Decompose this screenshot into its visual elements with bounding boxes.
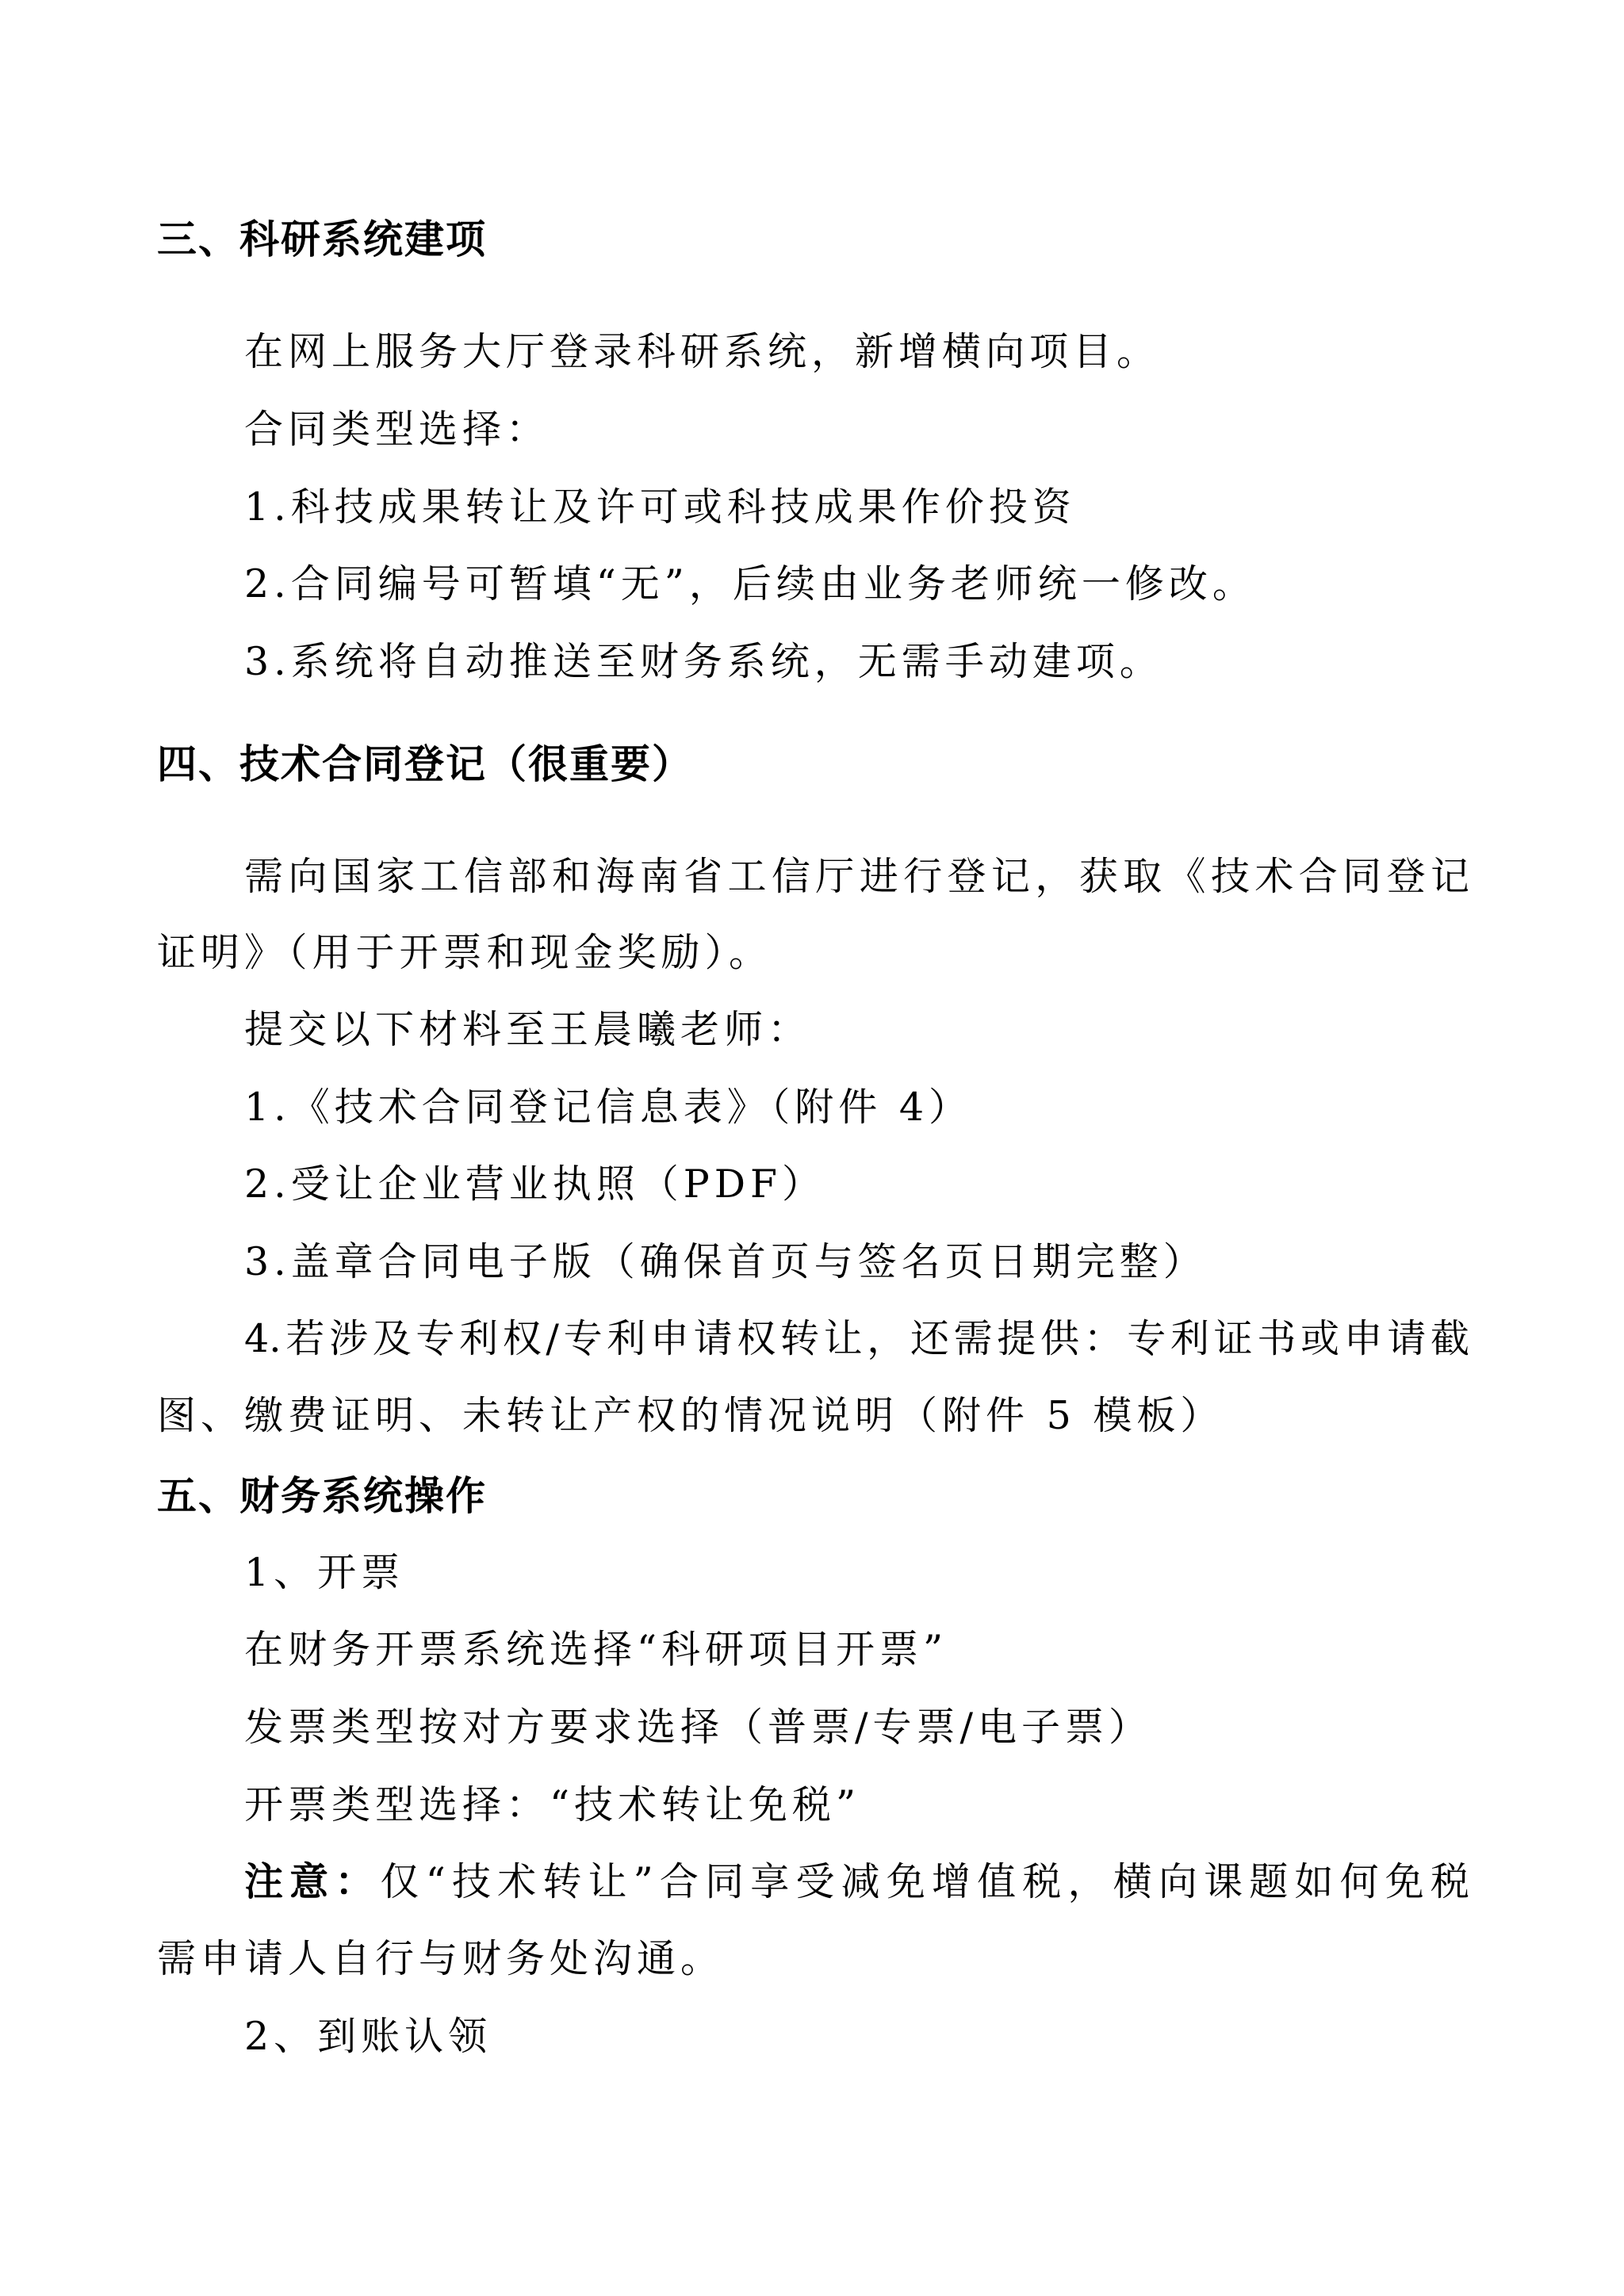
section-4-paragraph-line-1: 需向国家工信部和海南省工信厅进行登记，获取《技术合同登记 <box>244 853 1469 901</box>
section-3-item-1: 1.科技成果转让及许可或科技成果作价投资 <box>244 484 1076 531</box>
section-5-note-line-1: 注意：仅“技术转让”合同享受减免增值税，横向课题如何免税 <box>244 1858 1469 1906</box>
section-5-sub-1-line-2: 发票类型按对方要求选择（普票/专票/电子票） <box>244 1704 1152 1751</box>
note-text: 仅“技术转让”合同享受减免增值税，横向课题如何免税 <box>381 1859 1469 1904</box>
section-3-item-3: 3.系统将自动推送至财务系统，无需手动建项。 <box>244 638 1163 686</box>
note-label: 注意： <box>244 1859 381 1904</box>
document-page: 三、科研系统建项 在网上服务大厅登录科研系统，新增横向项目。 合同类型选择： 1… <box>0 0 1624 2296</box>
section-5-sub-1-line-3: 开票类型选择：“技术转让免税” <box>244 1781 860 1829</box>
section-5-sub-2-title: 2、到账认领 <box>244 2013 492 2061</box>
section-3-sub-label: 合同类型选择： <box>244 406 550 453</box>
section-4-item-2: 2.受让企业营业执照（PDF） <box>244 1161 825 1208</box>
section-4-item-1: 1.《技术合同登记信息表》（附件 4） <box>244 1084 972 1131</box>
section-5-heading: 五、财务系统操作 <box>157 1472 487 1520</box>
section-5-sub-1-title: 1、开票 <box>244 1549 404 1597</box>
section-3-intro: 在网上服务大厅登录科研系统，新增横向项目。 <box>244 328 1160 376</box>
section-4-paragraph-line-2: 证明》（用于开票和现金奖励）。 <box>157 929 772 977</box>
section-4-item-4-line-1: 4.若涉及专利权/专利申请权转让，还需提供：专利证书或申请截 <box>244 1315 1469 1363</box>
section-4-heading: 四、技术合同登记（很重要） <box>157 740 693 788</box>
section-3-item-2: 2.合同编号可暂填“无”，后续由业务老师统一修改。 <box>244 561 1256 608</box>
section-4-item-3: 3.盖章合同电子版（确保首页与签名页日期完整） <box>244 1238 1207 1286</box>
section-5-note-line-2: 需申请人自行与财务处沟通。 <box>157 1935 724 1983</box>
section-5-sub-1-line-1: 在财务开票系统选择“科研项目开票” <box>244 1626 948 1674</box>
section-3-heading: 三、科研系统建项 <box>157 216 487 263</box>
section-4-sub-label: 提交以下材料至王晨曦老师： <box>244 1006 811 1054</box>
section-4-item-4-line-2: 图、缴费证明、未转让产权的情况说明（附件 5 模板） <box>157 1392 1224 1440</box>
